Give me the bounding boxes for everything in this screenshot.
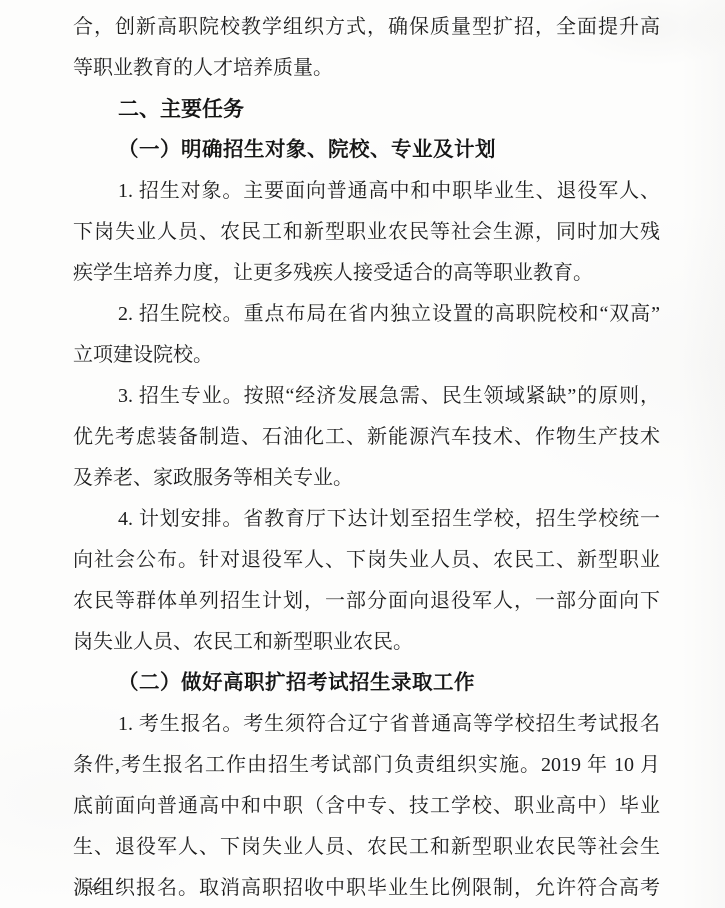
paragraph-line: 向社会公布。针对退役军人、下岗失业人员、农民工、新型职业 <box>73 540 660 581</box>
document-page: 合，创新高职院校教学组织方式，确保质量型扩招，全面提升高 等职业教育的人才培养质… <box>0 0 725 908</box>
paragraph-line: 岗失业人员、农民工和新型职业农民。 <box>73 622 660 663</box>
paragraph-line: 疾学生培养力度，让更多残疾人接受适合的高等职业教育。 <box>73 253 660 294</box>
paragraph-line: 1. 招生对象。主要面向普通高中和中职毕业生、退役军人、 <box>73 171 660 212</box>
paragraph-line: 条件,考生报名工作由招生考试部门负责组织实施。2019 年 10 月 <box>73 745 660 786</box>
paragraph-line: 4. 计划安排。省教育厅下达计划至招生学校，招生学校统一 <box>73 499 660 540</box>
section-heading: 二、主要任务 <box>73 89 660 130</box>
paragraph-line: 3. 招生专业。按照“经济发展急需、民生领域紧缺”的原则， <box>73 376 660 417</box>
paragraph-line: 生、退役军人、下岗失业人员、农民工和新型职业农民等社会生 <box>73 827 660 868</box>
paragraph-line: 合，创新高职院校教学组织方式，确保质量型扩招，全面提升高 <box>73 7 660 48</box>
paragraph-line: 优先考虑装备制造、石油化工、新能源汽车技术、作物生产技术 <box>73 417 660 458</box>
paragraph-line: 农民等群体单列招生计划，一部分面向退役军人，一部分面向下 <box>73 581 660 622</box>
paragraph-line: 下岗失业人员、农民工和新型职业农民等社会生源，同时加大残 <box>73 212 660 253</box>
subsection-heading: （二）做好高职扩招考试招生录取工作 <box>73 663 660 704</box>
subsection-heading: （一）明确招生对象、院校、专业及计划 <box>73 130 660 171</box>
paragraph-line: 1. 考生报名。考生须符合辽宁省普通高等学校招生考试报名 <box>73 704 660 745</box>
paragraph-line: 及养老、家政服务等相关专业。 <box>73 458 660 499</box>
paragraph-line: 等职业教育的人才培养质量。 <box>73 48 660 89</box>
paragraph-line: 源组织报名。取消高职招收中职毕业生比例限制，允许符合高考 <box>73 868 660 908</box>
page-number: -4- <box>84 880 105 896</box>
paragraph-line: 立项建设院校。 <box>73 335 660 376</box>
paragraph-line: 底前面向普通高中和中职（含中专、技工学校、职业高中）毕业 <box>73 786 660 827</box>
paragraph-line: 2. 招生院校。重点布局在省内独立设置的高职院校和“双高” <box>73 294 660 335</box>
